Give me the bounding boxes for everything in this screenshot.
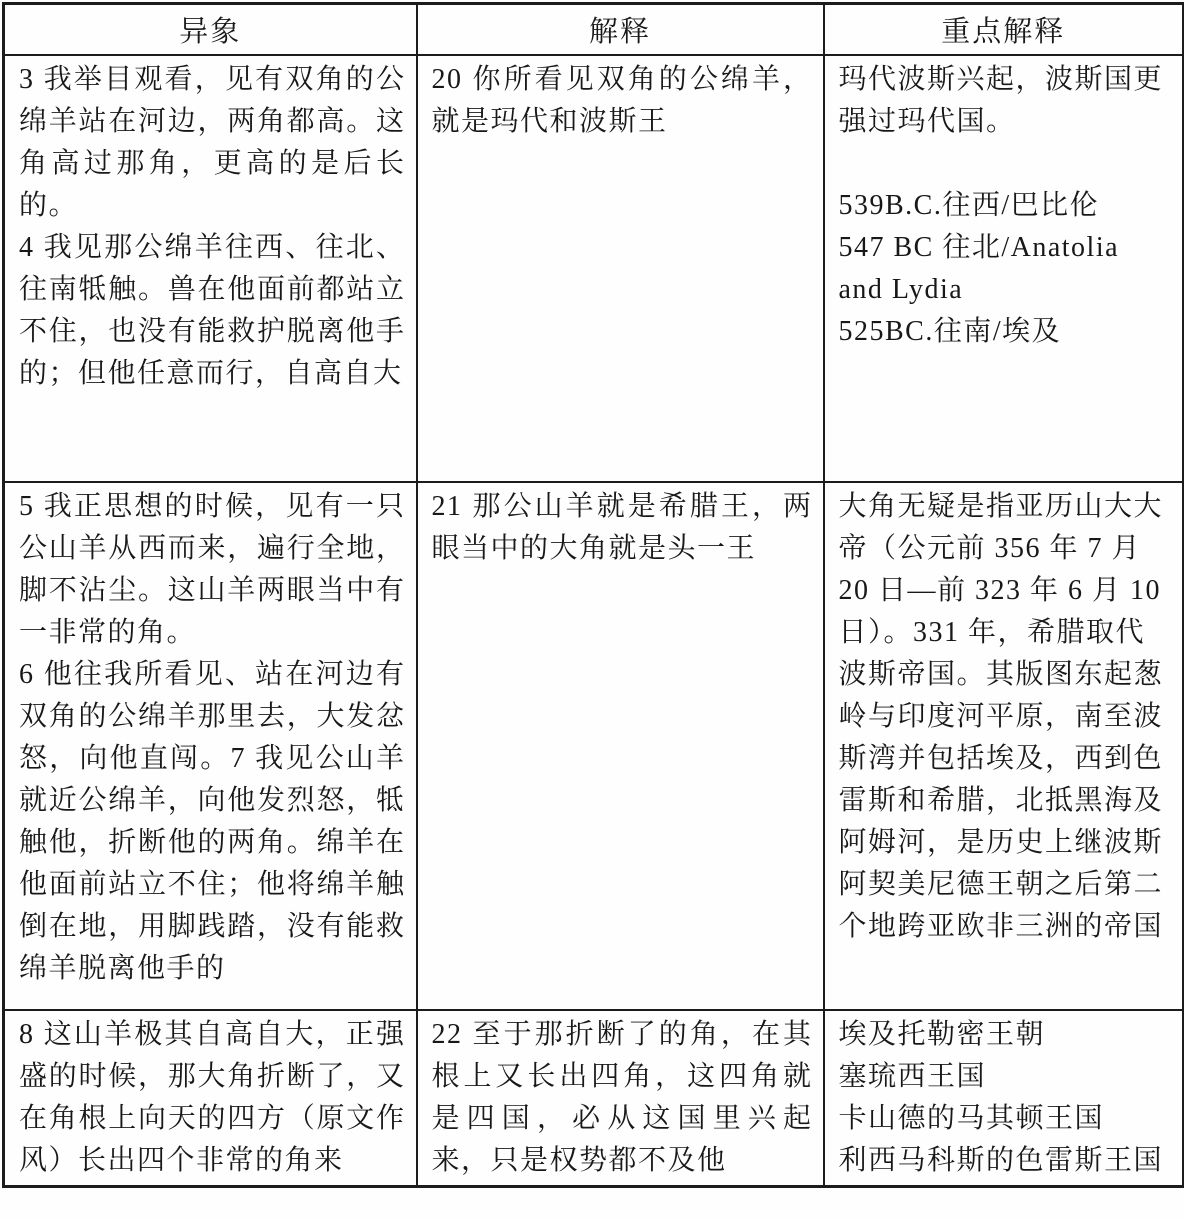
document-page: 异象 解释 重点解释 3 我举目观看，见有双角的公绵羊站在河边，两角都高。这角高… (0, 0, 1184, 1220)
table-header-row: 异象 解释 重点解释 (4, 4, 1184, 55)
header-explanation: 解释 (417, 4, 824, 55)
cell-key-alexander: 大角无疑是指亚历山大大帝（公元前 356 年 7 月 20 日—前 323 年 … (824, 482, 1184, 1010)
cell-vision-verses-3-4: 3 我举目观看，见有双角的公绵羊站在河边，两角都高。这角高过那角，更高的是后长的… (4, 55, 417, 482)
vision-interpretation-table: 异象 解释 重点解释 3 我举目观看，见有双角的公绵羊站在河边，两角都高。这角高… (2, 2, 1184, 1188)
table-row-verses-5-7: 5 我正思想的时候，见有一只公山羊从西而来，遍行全地，脚不沾尘。这山羊两眼当中有… (4, 482, 1184, 1010)
cell-key-medo-persia: 玛代波斯兴起，波斯国更强过玛代国。 539B.C.往西/巴比伦 547 BC 往… (824, 55, 1184, 482)
table-row-verse-8: 8 这山羊极其自高自大，正强盛的时候，那大角折断了，又在角根上向天的四方（原文作… (4, 1010, 1184, 1187)
cell-vision-verse-8: 8 这山羊极其自高自大，正强盛的时候，那大角折断了，又在角根上向天的四方（原文作… (4, 1010, 417, 1187)
table-row-verses-3-4: 3 我举目观看，见有双角的公绵羊站在河边，两角都高。这角高过那角，更高的是后长的… (4, 55, 1184, 482)
cell-key-four-kingdoms: 埃及托勒密王朝 塞琉西王国 卡山德的马其顿王国 利西马科斯的色雷斯王国 (824, 1010, 1184, 1187)
header-key-explanation: 重点解释 (824, 4, 1184, 55)
cell-explanation-verse-22: 22 至于那折断了的角，在其根上又长出四角，这四角就是四国，必从这国里兴起来，只… (417, 1010, 824, 1187)
cell-explanation-verse-20: 20 你所看见双角的公绵羊，就是玛代和波斯王 (417, 55, 824, 482)
header-vision: 异象 (4, 4, 417, 55)
cell-vision-verses-5-7: 5 我正思想的时候，见有一只公山羊从西而来，遍行全地，脚不沾尘。这山羊两眼当中有… (4, 482, 417, 1010)
cell-explanation-verse-21: 21 那公山羊就是希腊王，两眼当中的大角就是头一王 (417, 482, 824, 1010)
